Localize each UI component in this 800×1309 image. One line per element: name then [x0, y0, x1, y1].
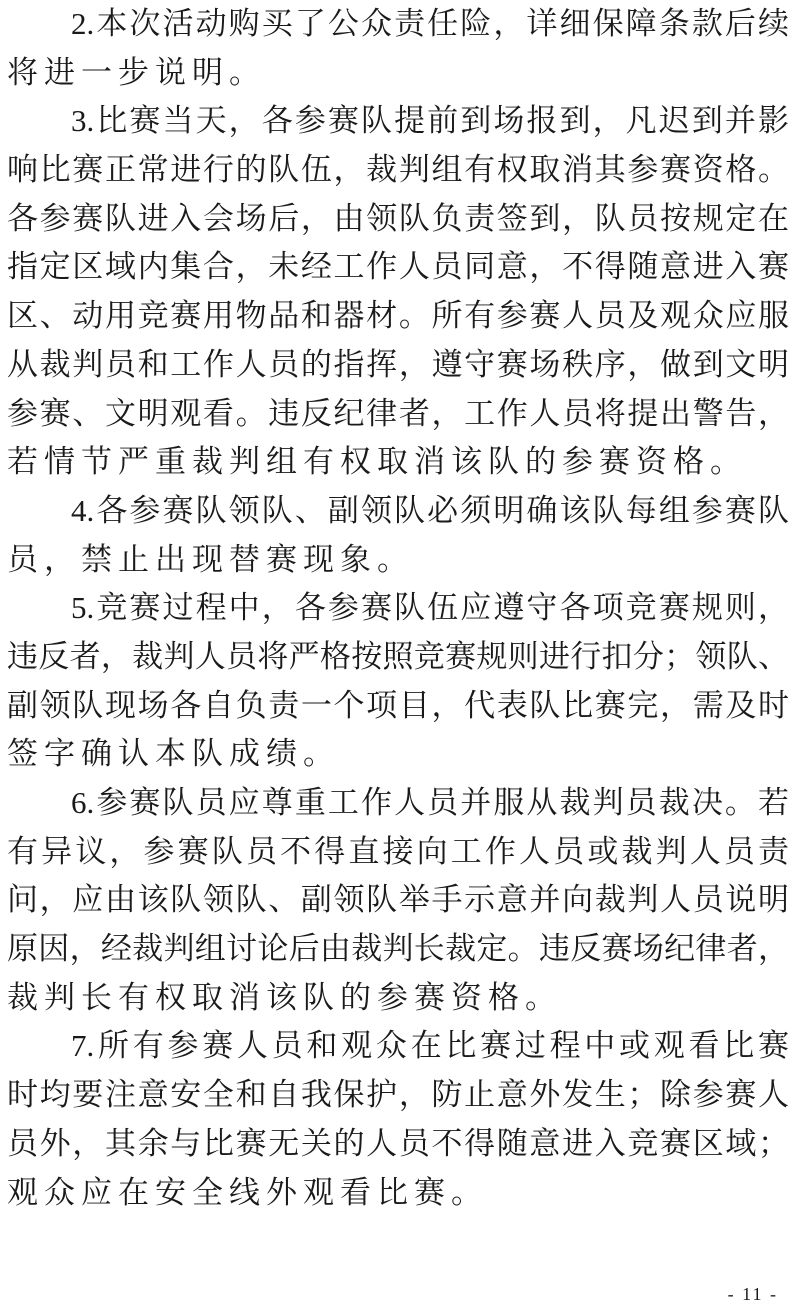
text-line: 原因，经裁判组讨论后由裁判长裁定。违反赛场纪律者，	[7, 925, 789, 974]
document-body: 2.本次活动购买了公众责任险，详细保障条款后续 将进一步说明。 3.比赛当天，各…	[7, 0, 789, 1217]
document-page: 2.本次活动购买了公众责任险，详细保障条款后续 将进一步说明。 3.比赛当天，各…	[0, 0, 800, 1309]
text-line: 区、动用竞赛用物品和器材。所有参赛人员及观众应服	[7, 292, 789, 341]
text-line: 3.比赛当天，各参赛队提前到场报到，凡迟到并影	[7, 97, 789, 146]
text-line: 7.所有参赛人员和观众在比赛过程中或观看比赛	[7, 1022, 789, 1071]
text-line: 时均要注意安全和自我保护，防止意外发生；除参赛人	[7, 1071, 789, 1120]
text-line: 将进一步说明。	[7, 49, 789, 98]
text-line: 2.本次活动购买了公众责任险，详细保障条款后续	[7, 0, 789, 49]
text-line: 6.参赛队员应尊重工作人员并服从裁判员裁决。若	[7, 779, 789, 828]
text-line: 副领队现场各自负责一个项目，代表队比赛完，需及时	[7, 682, 789, 731]
text-line: 观众应在安全线外观看比赛。	[7, 1169, 789, 1218]
text-line: 违反者，裁判人员将严格按照竞赛规则进行扣分；领队、	[7, 633, 789, 682]
text-line: 各参赛队进入会场后，由领队负责签到，队员按规定在	[7, 195, 789, 244]
text-line: 4.各参赛队领队、副领队必须明确该队每组参赛队	[7, 487, 789, 536]
text-line: 员，禁止出现替赛现象。	[7, 536, 789, 585]
text-line: 签字确认本队成绩。	[7, 730, 789, 779]
text-line: 员外，其余与比赛无关的人员不得随意进入竞赛区域；	[7, 1120, 789, 1169]
text-line: 5.竞赛过程中，各参赛队伍应遵守各项竞赛规则，	[7, 584, 789, 633]
text-line: 从裁判员和工作人员的指挥，遵守赛场秩序，做到文明	[7, 341, 789, 390]
text-line: 问，应由该队领队、副领队举手示意并向裁判人员说明	[7, 876, 789, 925]
page-number: - 11 -	[728, 1284, 778, 1305]
text-line: 裁判长有权取消该队的参赛资格。	[7, 974, 789, 1023]
text-line: 参赛、文明观看。违反纪律者，工作人员将提出警告，	[7, 390, 789, 439]
text-line: 若情节严重裁判组有权取消该队的参赛资格。	[7, 438, 789, 487]
text-line: 指定区域内集合，未经工作人员同意，不得随意进入赛	[7, 243, 789, 292]
text-line: 响比赛正常进行的队伍，裁判组有权取消其参赛资格。	[7, 146, 789, 195]
text-line: 有异议，参赛队员不得直接向工作人员或裁判人员责	[7, 828, 789, 877]
